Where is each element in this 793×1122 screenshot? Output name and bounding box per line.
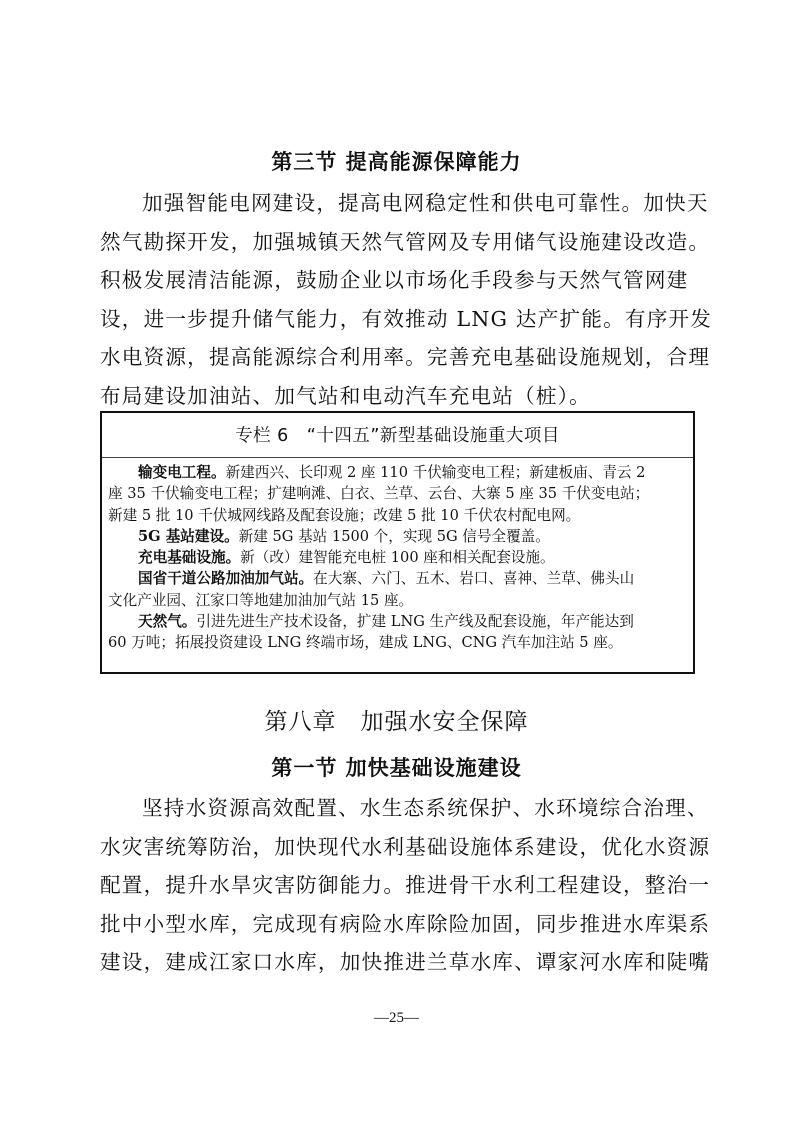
box-item-text: 新（改）建智能充电桩 100 座和相关配套设施。	[240, 549, 554, 566]
text-line: 坚持水资源高效配置、水生态系统保护、水环境综合治理、	[100, 789, 696, 828]
paragraph-water: 坚持水资源高效配置、水生态系统保护、水环境综合治理、 水灾害统筹防治，加快现代水…	[100, 789, 696, 982]
text-line: 批中小型水库，完成现有病险水库除险加固，同步推进水库渠系	[100, 905, 696, 944]
section-heading-infrastructure: 第一节 加快基础设施建设	[100, 752, 693, 782]
box-item-natural-gas: 天然气。引进先进生产技术设备，扩建 LNG 生产线及配套设施，年产能达到	[108, 611, 687, 632]
box-item-text-line: 新建 5 批 10 千伏城网线路及配套设施；改建 5 批 10 千伏农村配电网。	[108, 505, 687, 526]
page-number: —25—	[0, 1010, 793, 1027]
box-item-charging-infrastructure: 充电基础设施。新（改）建智能充电桩 100 座和相关配套设施。	[108, 547, 687, 568]
box-item-text-line: 座 35 千伏输变电工程；扩建响滩、白衣、兰草、云台、大寨 5 座 35 千伏变…	[108, 483, 687, 504]
text-line: 设，进一步提升储气能力，有效推动 LNG 达产扩能。有序开发	[100, 300, 696, 339]
section-heading-energy: 第三节 提高能源保障能力	[100, 146, 693, 176]
text-line: 配置，提升水旱灾害防御能力。推进骨干水利工程建设，整治一	[100, 866, 696, 905]
box-item-label: 天然气。	[138, 613, 196, 630]
feature-box-infrastructure-projects: 专栏 6 “十四五”新型基础设施重大项目 输变电工程。新建西兴、长印观 2 座 …	[100, 411, 695, 674]
text-line: 水灾害统筹防治，加快现代水利基础设施体系建设，优化水资源	[100, 828, 696, 867]
box-item-text: 新建西兴、长印观 2 座 110 千伏输变电工程；新建板庙、青云 2	[226, 464, 646, 481]
box-item-label: 5G 基站建设。	[138, 528, 239, 545]
feature-box-body: 输变电工程。新建西兴、长印观 2 座 110 千伏输变电工程；新建板庙、青云 2…	[102, 458, 693, 654]
text-line: 布局建设加油站、加气站和电动汽车充电站（桩）。	[100, 377, 696, 416]
box-item-text-line: 文化产业园、江家口等地建加油加气站 15 座。	[108, 590, 687, 611]
box-item-text-line: 60 万吨；拓展投资建设 LNG 终端市场，建成 LNG、CNG 汽车加注站 5…	[108, 632, 687, 653]
feature-box-title: 专栏 6 “十四五”新型基础设施重大项目	[102, 413, 693, 458]
box-item-highway-fuel-stations: 国省干道公路加油加气站。在大寨、六门、五木、岩口、喜神、兰草、佛头山	[108, 568, 687, 589]
box-item-power-transmission: 输变电工程。新建西兴、长印观 2 座 110 千伏输变电工程；新建板庙、青云 2	[108, 462, 687, 483]
text-line: 建设，建成江家口水库，加快推进兰草水库、谭家河水库和陡嘴	[100, 943, 696, 982]
box-item-label: 国省干道公路加油加气站。	[138, 570, 313, 587]
chapter-heading-water-security: 第八章 加强水安全保障	[100, 703, 693, 736]
box-item-text: 新建 5G 基站 1500 个，实现 5G 信号全覆盖。	[239, 528, 550, 545]
paragraph-energy: 加强智能电网建设，提高电网稳定性和供电可靠性。加快天 然气勘探开发，加强城镇天然…	[100, 184, 696, 416]
text-line: 积极发展清洁能源，鼓励企业以市场化手段参与天然气管网建	[100, 261, 696, 300]
box-item-text: 引进先进生产技术设备，扩建 LNG 生产线及配套设施，年产能达到	[196, 613, 633, 630]
box-item-label: 输变电工程。	[138, 464, 226, 481]
document-page: 第三节 提高能源保障能力 加强智能电网建设，提高电网稳定性和供电可靠性。加快天 …	[0, 0, 793, 1122]
box-item-5g-stations: 5G 基站建设。新建 5G 基站 1500 个，实现 5G 信号全覆盖。	[108, 526, 687, 547]
box-item-text: 在大寨、六门、五木、岩口、喜神、兰草、佛头山	[313, 570, 634, 587]
text-line: 水电资源，提高能源综合利用率。完善充电基础设施规划，合理	[100, 338, 696, 377]
box-item-label: 充电基础设施。	[138, 549, 240, 566]
text-line: 加强智能电网建设，提高电网稳定性和供电可靠性。加快天	[100, 184, 696, 223]
text-line: 然气勘探开发，加强城镇天然气管网及专用储气设施建设改造。	[100, 223, 696, 262]
